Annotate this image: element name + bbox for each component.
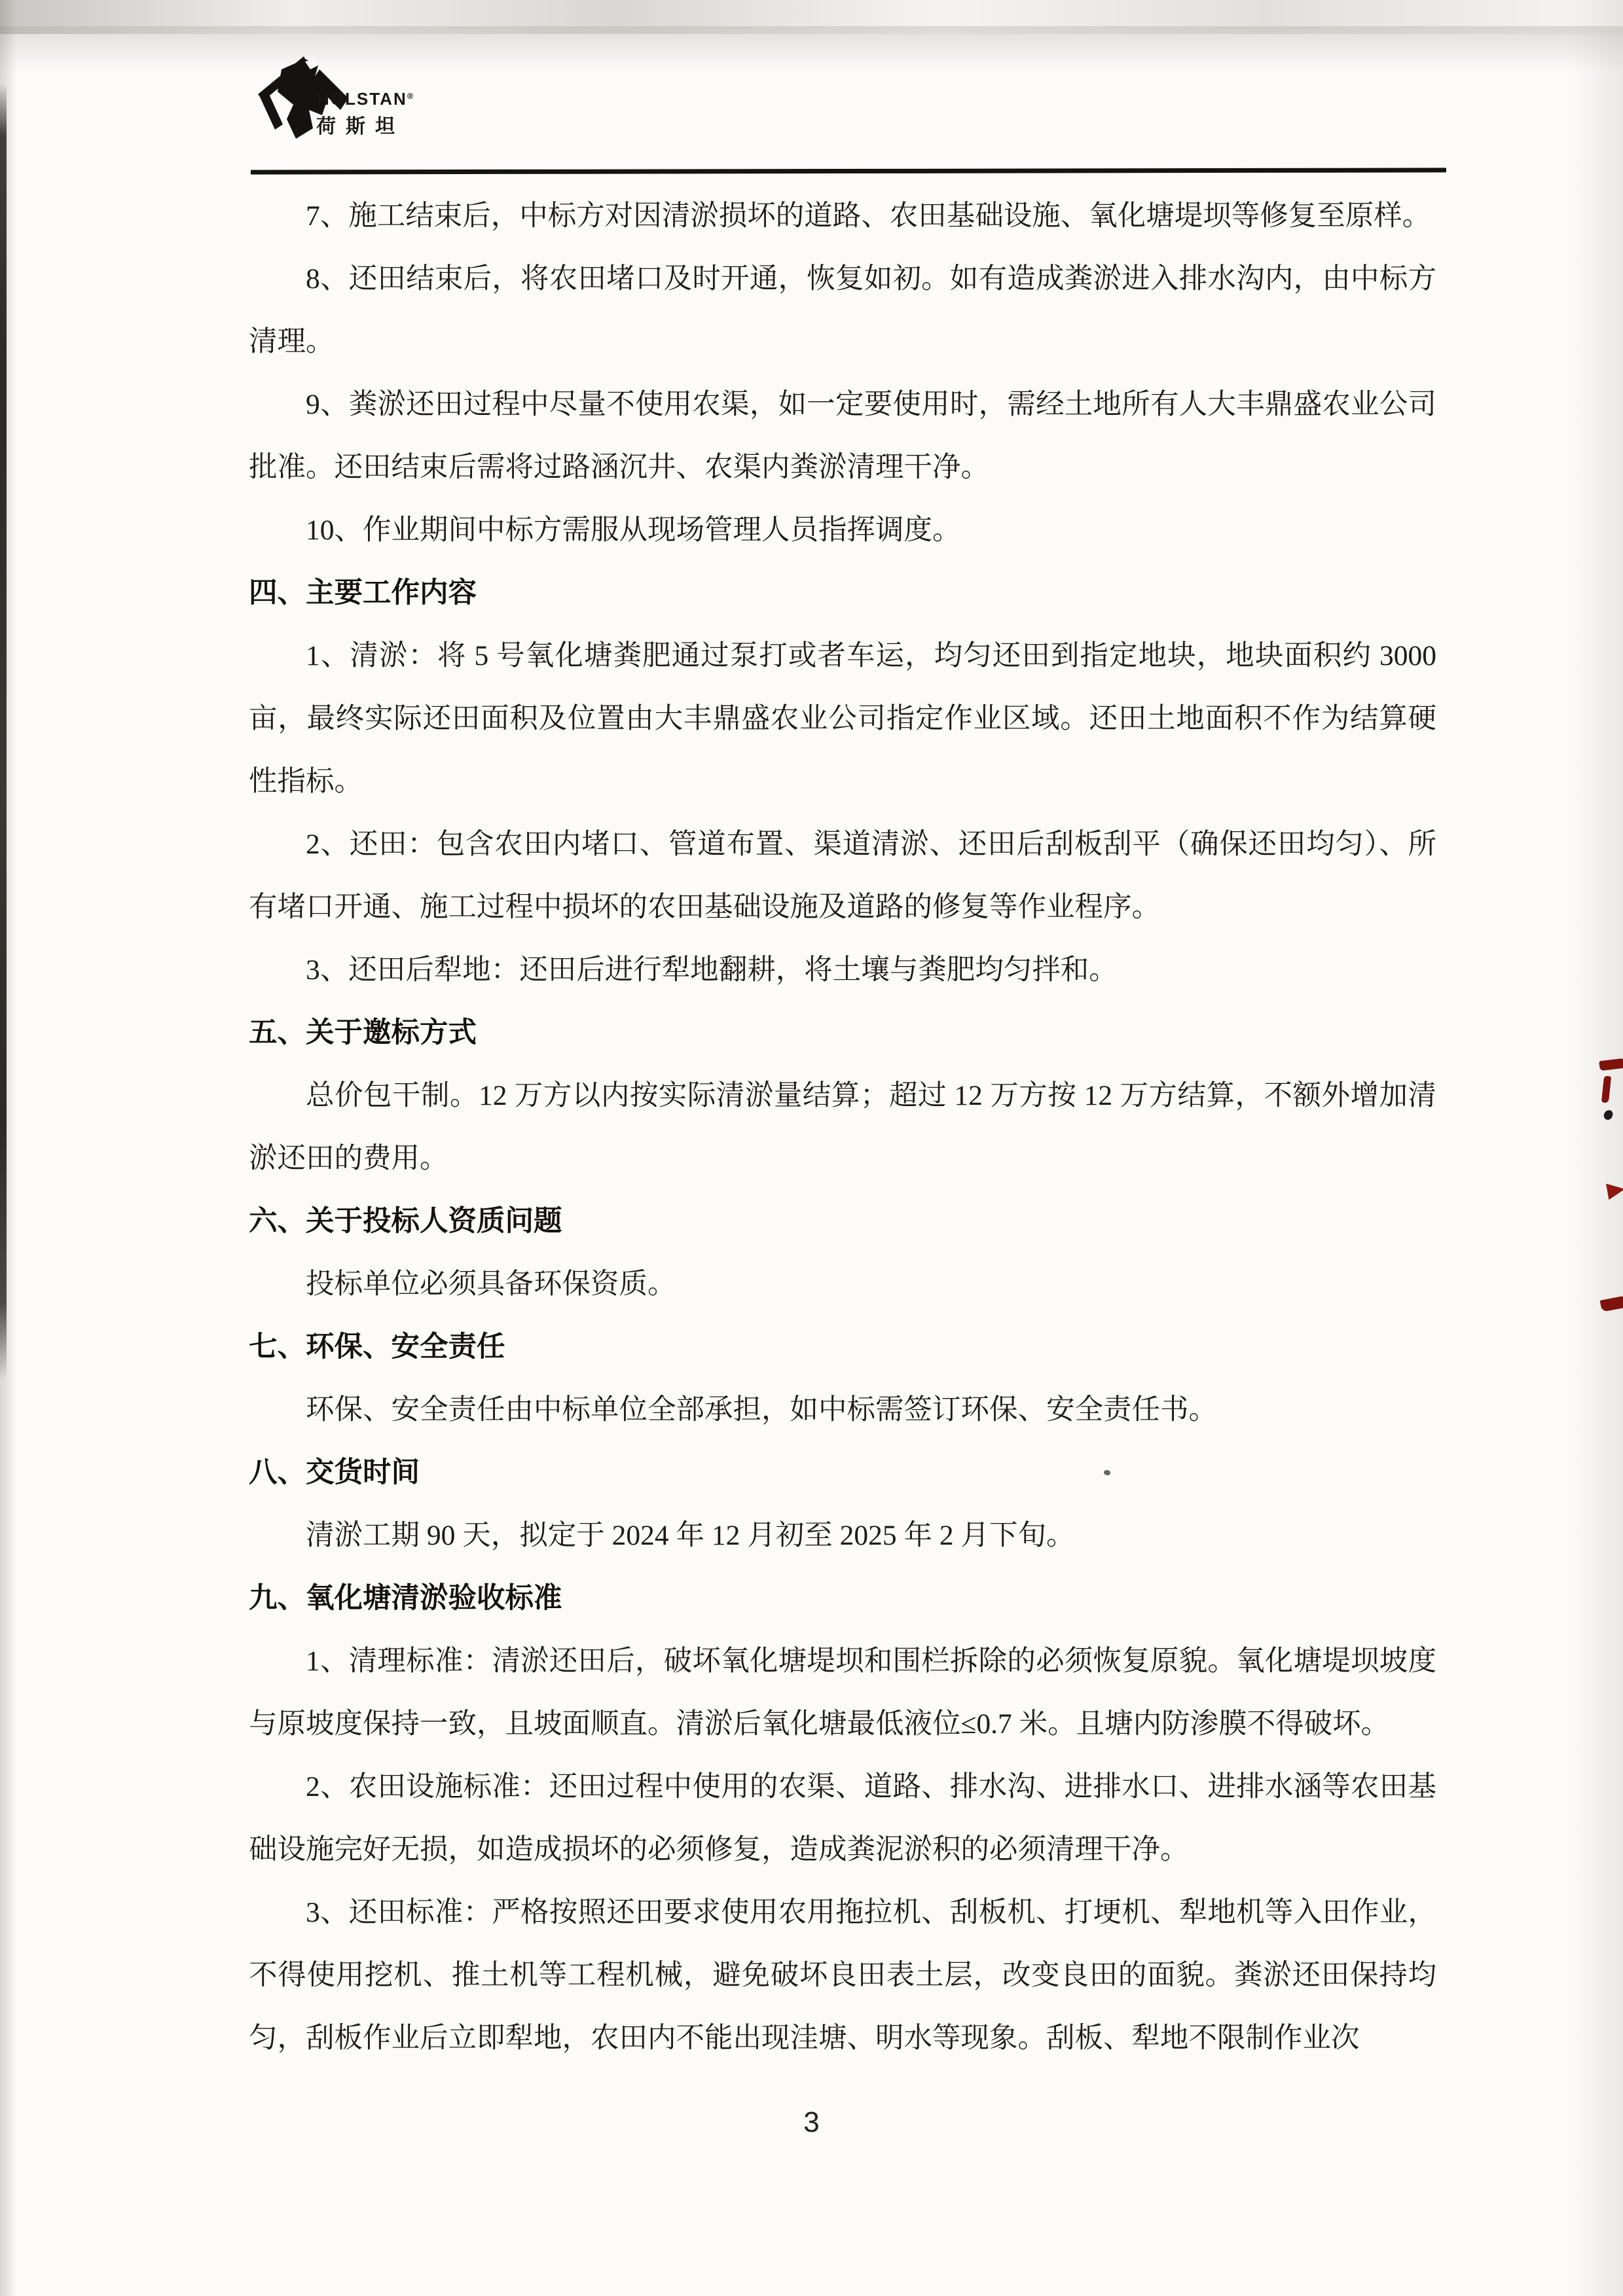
paragraph: 9、粪淤还田过程中尽量不使用农渠，如一定要使用时，需经土地所有人大丰鼎盛农业公司…: [249, 373, 1436, 499]
section-heading: 八、交货时间: [249, 1441, 1436, 1504]
logo-brand-chinese: 荷斯坦: [316, 110, 405, 139]
paragraph: 总价包干制。12 万方以内按实际清淤量结算；超过 12 万方按 12 万方结算，…: [249, 1064, 1436, 1190]
paragraph: 10、作业期间中标方需服从现场管理人员指挥调度。: [249, 499, 1436, 562]
paragraph: 1、清理标准：清淤还田后，破坏氧化塘堤坝和围栏拆除的必须恢复原貌。氧化塘堤坝坡度…: [249, 1630, 1436, 1755]
red-ink-mark-arrow: [1606, 1181, 1623, 1200]
paragraph: 投标单位必须具备环保资质。: [249, 1253, 1436, 1316]
paragraph: 8、还田结束后，将农田堵口及时开通，恢复如初。如有造成粪淤进入排水沟内，由中标方…: [249, 247, 1436, 373]
paragraph: 7、施工结束后，中标方对因清淤损坏的道路、农田基础设施、氧化塘堤坝等修复至原样。: [249, 185, 1436, 247]
scan-binding-streak: [0, 84, 7, 1380]
paragraph: 2、还田：包含农田内堵口、管道布置、渠道清淤、还田后刮板刮平（确保还田均匀）、所…: [249, 813, 1436, 939]
paragraph: 3、还田标准：严格按照还田要求使用农用拖拉机、刮板机、打埂机、犁地机等入田作业，…: [249, 1881, 1436, 2070]
paragraph: 2、农田设施标准：还田过程中使用的农渠、道路、排水沟、进排水口、进排水涵等农田基…: [249, 1755, 1436, 1881]
document-body: 7、施工结束后，中标方对因清淤损坏的道路、农田基础设施、氧化塘堤坝等修复至原样。…: [249, 185, 1436, 2070]
paragraph: 3、还田后犁地：还田后进行犁地翻耕，将土壤与粪肥均匀拌和。: [249, 939, 1436, 1001]
scan-noise-top-fade: [0, 26, 1623, 72]
scan-right-shade: [1571, 0, 1623, 2296]
holstan-logo: HOLSTAN® 荷斯坦: [253, 52, 429, 154]
section-heading: 七、环保、安全责任: [249, 1316, 1436, 1378]
page-number: 3: [0, 2106, 1623, 2139]
section-heading: 五、关于邀标方式: [249, 1001, 1436, 1064]
section-heading: 四、主要工作内容: [249, 562, 1436, 624]
scanned-document-page: HOLSTAN® 荷斯坦 7、施工结束后，中标方对因清淤损坏的道路、农田基础设施…: [0, 0, 1623, 2296]
registered-trademark-icon: ®: [407, 91, 414, 101]
section-heading: 九、氧化塘清淤验收标准: [249, 1567, 1436, 1630]
paragraph: 环保、安全责任由中标单位全部承担，如中标需签订环保、安全责任书。: [249, 1378, 1436, 1441]
paragraph: 清淤工期 90 天，拟定于 2024 年 12 月初至 2025 年 2 月下旬…: [249, 1504, 1436, 1567]
logo-brand-text: HOLSTAN®: [317, 89, 413, 109]
header-rule: [251, 168, 1446, 174]
section-heading: 六、关于投标人资质问题: [249, 1190, 1436, 1253]
paragraph: 1、清淤：将 5 号氧化塘粪肥通过泵打或者车运，均匀还田到指定地块，地块面积约 …: [249, 624, 1436, 813]
